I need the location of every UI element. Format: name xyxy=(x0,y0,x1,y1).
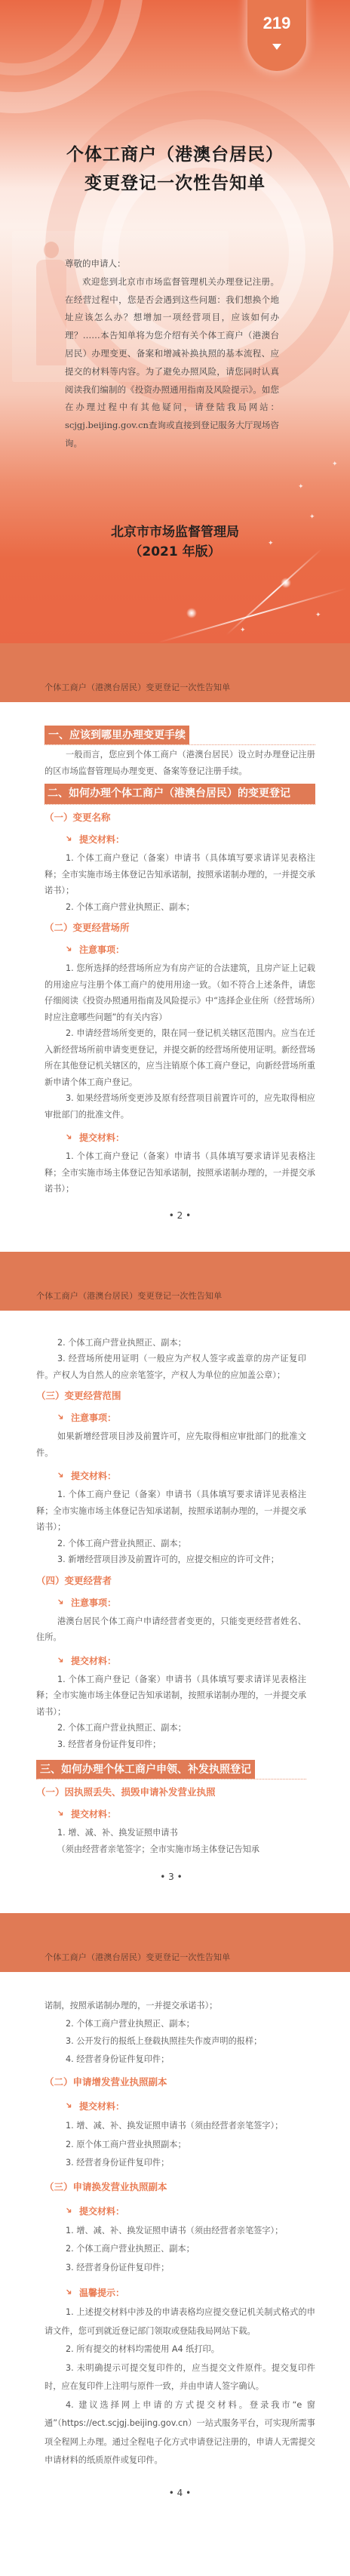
list-item: 1. 个体工商户登记（备案）申请书（具体填写要求请详见表格注释；全市实施市场主体… xyxy=(45,850,315,899)
arrow-down-right-icon: ➜ xyxy=(61,2203,77,2219)
cover-page: 219 个体工商户（港澳台居民） 变更登记一次性告知单 尊敬的申请人： 欢迎您到… xyxy=(0,0,350,643)
notes-heading: ➜注意事项： xyxy=(57,1411,306,1425)
running-header-title: 个体工商户（港澳台居民）变更登记一次性告知单 xyxy=(36,1290,222,1302)
materials-heading-label: 提交材料： xyxy=(71,1469,116,1483)
cover-title-line1: 个体工商户（港澳台居民） xyxy=(0,140,350,169)
page-4: 诺制，按照承诺制办理的，一并提交承诺书）； 2. 个体工商户营业执照正、副本； … xyxy=(0,1972,350,2529)
arrow-down-right-icon: ➜ xyxy=(61,2285,77,2300)
star-icon: ✦ xyxy=(298,483,304,491)
list-item: 3. 经营场所使用证明（一般应为产权人签字或盖章的房产证复印件。产权人为自然人的… xyxy=(36,1351,306,1383)
materials-heading-label: 提交材料： xyxy=(79,833,124,846)
materials-heading-label: 提交材料： xyxy=(79,2205,124,2218)
note-text: 港澳台居民个体工商户申请经营者变更的，只能变更经营者姓名、住所。 xyxy=(36,1613,306,1646)
star-icon: ✦ xyxy=(240,627,246,634)
item-number-badge: 219 xyxy=(247,0,306,71)
intro-letter: 尊敬的申请人： 欢迎您到北京市市场监督管理机关办理登记注册。在经营过程中，您是否… xyxy=(65,255,279,453)
tip-item: 4. 建议选择网上申请的方式提交材料。登录我市“e 窗通”（https://ec… xyxy=(45,2396,315,2470)
page-number: • 4 • xyxy=(45,2487,315,2499)
section-heading-2-label: 二、如何办理个体工商户（港澳台居民）的变更登记 xyxy=(45,784,315,804)
materials-heading: ➜提交材料： xyxy=(65,1131,315,1145)
badge-number: 219 xyxy=(247,14,306,33)
publisher-name: 北京市市场监督管理局 xyxy=(0,522,350,542)
list-item: 4. 经营者身份证件复印件； xyxy=(45,2051,315,2069)
arrow-down-right-icon: ➜ xyxy=(61,2098,77,2114)
list-item-continuation: （须由经营者亲笔签字；全市实施市场主体登记告知承 xyxy=(36,1841,306,1858)
list-item: 1. 增、减、补、换发证照申请书 xyxy=(36,1825,306,1841)
notes-heading: ➜注意事项： xyxy=(65,943,315,957)
arrow-down-right-icon: ➜ xyxy=(61,941,77,957)
subheading-change-premises: （二）变更经营场所 xyxy=(45,921,315,935)
page-number: • 2 • xyxy=(45,1209,315,1222)
materials-heading-label: 提交材料： xyxy=(79,1131,124,1145)
materials-heading: ➜提交材料： xyxy=(65,2205,315,2218)
list-item: 3. 公开发行的报纸上登载执照挂失作废声明的报样； xyxy=(45,2032,315,2051)
star-icon: ✦ xyxy=(315,612,321,619)
running-header-title: 个体工商户（港澳台居民）变更登记一次性告知单 xyxy=(45,1951,230,1963)
list-item: 2. 个体工商户营业执照正、副本； xyxy=(45,2015,315,2033)
list-item: 1. 个体工商户登记（备案）申请书（具体填写要求请详见表格注释；全市实施市场主体… xyxy=(45,1148,315,1197)
list-item: 2. 个体工商户营业执照正、副本； xyxy=(36,1335,306,1351)
tip-item: 1. 上述提交材料中涉及的申请表格均应提交登记机关制式格式的申请文件，您可到就近… xyxy=(45,2303,315,2340)
subheading-add-copy: （二）申请增发营业执照副本 xyxy=(45,2075,315,2089)
subheading-reissue-license: （一）因执照丢失、损毁申请补发营业执照 xyxy=(36,1786,306,1799)
notes-heading: ➜注意事项： xyxy=(57,1596,306,1610)
person-body-shape xyxy=(36,260,66,365)
subheading-replace-copy: （三）申请换发营业执照副本 xyxy=(45,2180,315,2194)
page-2: 一、应该到哪里办理变更手续 一般而言，您应到个体工商户（港澳台居民）设立时办理登… xyxy=(0,702,350,1222)
list-item: 1. 增、减、补、换发证照申请书（须由经营者亲笔签字）； xyxy=(45,2222,315,2241)
list-item: 2. 申请经营场所变更的，限在同一登记机关辖区范围内。应当在迁入新经营场所前申请… xyxy=(45,1025,315,1090)
notes-heading-label: 注意事项： xyxy=(79,943,124,957)
list-item: 2. 个体工商户营业执照正、副本； xyxy=(45,899,315,916)
edition-label: （2021 年版） xyxy=(0,542,350,562)
triangle-down-icon xyxy=(272,44,281,50)
arrow-down-right-icon: ➜ xyxy=(53,1410,69,1425)
materials-heading: ➜提交材料： xyxy=(65,2100,315,2113)
person-head-shape xyxy=(44,242,59,258)
note-text: 如果新增经营项目涉及前置许可，应先取得相应审批部门的批准文件。 xyxy=(36,1428,306,1461)
section-heading-3: 三、如何办理个体工商户申领、补发执照登记 xyxy=(36,1760,306,1779)
section-heading-1-label: 一、应该到哪里办理变更手续 xyxy=(45,726,189,744)
materials-heading: ➜提交材料： xyxy=(57,1469,306,1483)
list-item-continuation: 诺制，按照承诺制办理的，一并提交承诺书）； xyxy=(45,1997,315,2015)
arrow-down-right-icon: ➜ xyxy=(53,1806,69,1822)
list-item: 3. 新增经营项目涉及前置许可的，应提交相应的许可文件； xyxy=(36,1551,306,1568)
publisher-block: 北京市市场监督管理局 （2021 年版） xyxy=(0,522,350,562)
materials-heading-label: 提交材料： xyxy=(79,2100,124,2113)
section-heading-1: 一、应该到哪里办理变更手续 xyxy=(45,726,315,745)
running-header: 个体工商户（港澳台居民）变更登记一次性告知单 xyxy=(0,643,350,702)
materials-heading: ➜提交材料： xyxy=(57,1807,306,1821)
subheading-change-scope: （三）变更经营范围 xyxy=(36,1389,306,1403)
star-icon: ✦ xyxy=(332,461,338,468)
sparkle-icon xyxy=(186,608,197,618)
materials-heading: ➜提交材料： xyxy=(65,833,315,846)
notes-heading-label: 注意事项： xyxy=(71,1411,116,1425)
section-1-body: 一般而言，您应到个体工商户（港澳台居民）设立时办理登记注册的区市场监督管理局办理… xyxy=(45,747,315,779)
list-item: 3. 如果经营场所变更涉及原有经营项目前置许可的，应先取得相应审批部门的批准文件… xyxy=(45,1090,315,1123)
cover-title-line2: 变更登记一次性告知单 xyxy=(0,169,350,198)
list-item: 1. 个体工商户登记（备案）申请书（具体填写要求请详见表格注释；全市实施市场主体… xyxy=(36,1672,306,1721)
list-item: 2. 个体工商户营业执照正、副本； xyxy=(36,1536,306,1552)
person-illustration xyxy=(32,242,69,370)
arrow-down-right-icon: ➜ xyxy=(53,1653,69,1669)
list-item: 3. 经营者身份证件复印件； xyxy=(45,2154,315,2173)
running-header: 个体工商户（港澳台居民）变更登记一次性告知单 xyxy=(0,1252,350,1311)
running-header: 个体工商户（港澳台居民）变更登记一次性告知单 xyxy=(0,1913,350,1972)
page-3: 2. 个体工商户营业执照正、副本； 3. 经营场所使用证明（一般应为产权人签字或… xyxy=(0,1311,350,1884)
letter-greeting: 尊敬的申请人： xyxy=(65,255,279,273)
materials-heading: ➜提交材料： xyxy=(57,1654,306,1668)
notes-heading-label: 注意事项： xyxy=(71,1596,116,1610)
list-item: 3. 经营者身份证件复印件； xyxy=(45,2259,315,2278)
materials-heading-label: 提交材料： xyxy=(71,1654,116,1668)
cover-title: 个体工商户（港澳台居民） 变更登记一次性告知单 xyxy=(0,140,350,198)
list-item: 2. 原个体工商户营业执照副本； xyxy=(45,2136,315,2155)
tip-item: 3. 未明确提示可提交复印件的，应当提交文件原件。提交复印件时，应在复印件上注明… xyxy=(45,2359,315,2396)
list-item: 1. 您所选择的经营场所应为有房产证的合法建筑，且房产证上记载的用途应与注册个体… xyxy=(45,960,315,1025)
subheading-change-operator: （四）变更经营者 xyxy=(36,1574,306,1588)
arrow-down-right-icon: ➜ xyxy=(53,1468,69,1484)
list-item: 1. 个体工商户登记（备案）申请书（具体填写要求请详见表格注释；全市实施市场主体… xyxy=(36,1487,306,1536)
letter-body: 欢迎您到北京市市场监督管理机关办理登记注册。在经营过程中，您是否会遇到这些问题：… xyxy=(65,273,279,453)
section-heading-2: 二、如何办理个体工商户（港澳台居民）的变更登记 xyxy=(45,784,315,805)
arrow-down-right-icon: ➜ xyxy=(53,1595,69,1610)
tip-item: 2. 所有提交的材料均需使用 A4 纸打印。 xyxy=(45,2340,315,2359)
materials-heading-label: 提交材料： xyxy=(71,1807,116,1821)
star-icon: ✦ xyxy=(309,513,315,521)
page-number: • 3 • xyxy=(36,1871,306,1883)
tips-heading: ➜温馨提示： xyxy=(65,2286,315,2300)
list-item: 2. 个体工商户营业执照正、副本； xyxy=(45,2240,315,2259)
subheading-change-name: （一）变更名称 xyxy=(45,811,315,824)
arrow-down-right-icon: ➜ xyxy=(61,1129,77,1145)
list-item: 3. 经营者身份证件复印件； xyxy=(36,1736,306,1753)
section-heading-3-label: 三、如何办理个体工商户申领、补发执照登记 xyxy=(36,1760,255,1779)
list-item: 1. 增、减、补、换发证照申请书（须由经营者亲笔签字）； xyxy=(45,2117,315,2136)
running-header-title: 个体工商户（港澳台居民）变更登记一次性告知单 xyxy=(45,681,230,693)
arrow-down-right-icon: ➜ xyxy=(61,831,77,847)
list-item: 2. 个体工商户营业执照正、副本； xyxy=(36,1720,306,1736)
tips-heading-label: 温馨提示： xyxy=(79,2286,124,2300)
